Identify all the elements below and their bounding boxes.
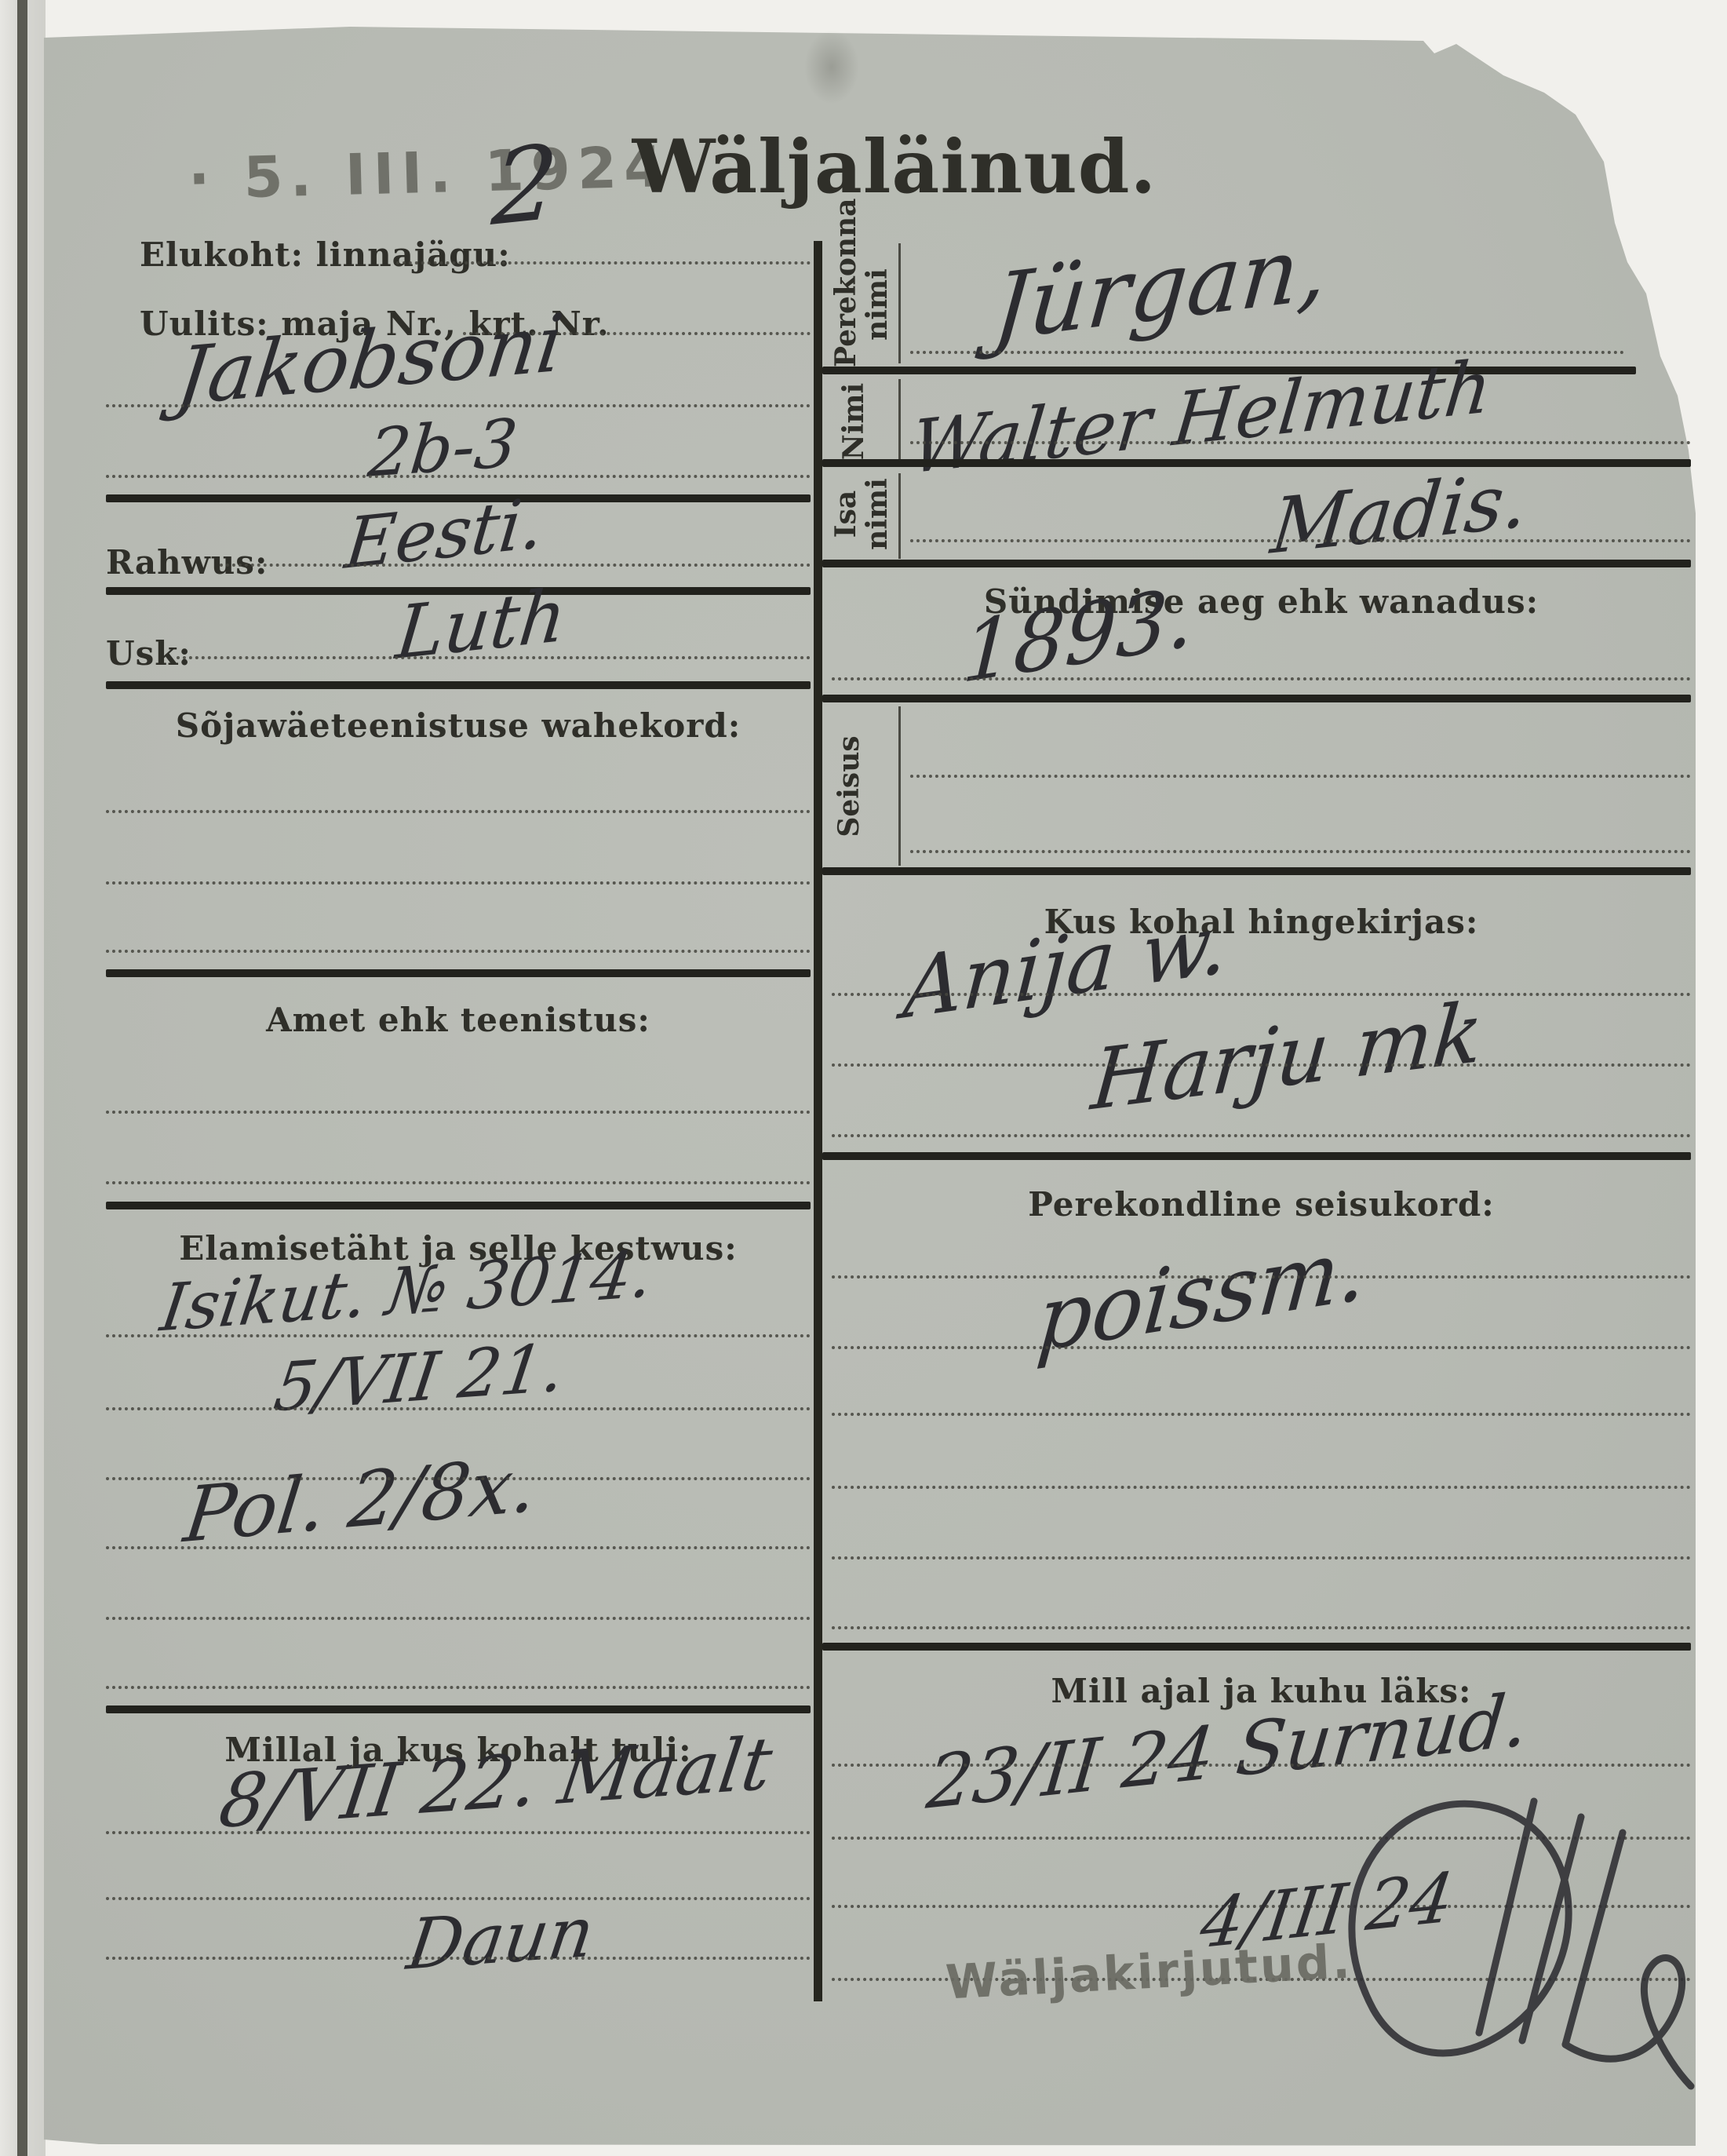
dotted-line — [106, 881, 811, 885]
occupation-label: Amet ehk teenistus: — [106, 1001, 811, 1039]
dotted-line — [177, 656, 811, 659]
column-divider — [814, 241, 822, 2001]
dotted-line — [106, 1111, 811, 1114]
residence-label: Elukoht: linnajägu: — [140, 235, 511, 274]
dotted-line — [106, 1897, 811, 1900]
label-rule — [898, 706, 901, 866]
dotted-line — [910, 539, 1691, 542]
status-label: Seisus — [833, 708, 880, 865]
section-divider — [822, 1152, 1691, 1160]
section-divider — [822, 867, 1691, 875]
label-rule — [898, 243, 901, 363]
dotted-line — [106, 1407, 811, 1410]
dotted-line — [106, 475, 811, 478]
ink-smudge — [804, 30, 859, 104]
dotted-line — [832, 677, 1691, 680]
scanner-edge-line — [17, 0, 27, 2156]
dotted-line — [910, 775, 1691, 778]
label-rule — [898, 379, 901, 459]
dotted-line — [106, 1686, 811, 1689]
dotted-line — [832, 1556, 1691, 1560]
street-number-handwriting: 2b-3 — [365, 404, 521, 492]
section-divider — [822, 1643, 1691, 1651]
dotted-line — [106, 1831, 811, 1834]
dotted-line — [910, 351, 1624, 354]
firstname-label: Nimi — [838, 378, 877, 465]
dotted-line — [106, 1617, 811, 1620]
dotted-line — [106, 1546, 811, 1549]
dotted-line — [106, 1957, 811, 1960]
section-divider — [106, 1705, 811, 1713]
dotted-line — [832, 1346, 1691, 1349]
birth-label: Sündimise aeg ehk wanadus: — [832, 582, 1691, 621]
father-name-label: Isa nimi — [830, 471, 893, 557]
dotted-line — [910, 441, 1691, 444]
family-status-label: Perekondline seisukord: — [832, 1185, 1691, 1224]
dotted-line — [220, 564, 811, 567]
dotted-line — [832, 1486, 1691, 1489]
dotted-line — [396, 261, 811, 264]
dotted-line — [106, 1477, 811, 1480]
dotted-line — [832, 1413, 1691, 1416]
signature-flourish — [1255, 1766, 1711, 2096]
dotted-line — [832, 993, 1691, 996]
section-divider — [822, 560, 1691, 567]
dotted-line — [832, 1134, 1691, 1137]
dotted-line — [832, 1626, 1691, 1629]
dotted-line — [106, 950, 811, 953]
page-title: Wäljaläinud. — [596, 124, 1193, 210]
entry-number-handwriting: 2 — [489, 122, 562, 250]
surname-label: Perekonna nimi — [830, 242, 893, 367]
dotted-line — [832, 1063, 1691, 1067]
dotted-line — [910, 850, 1691, 853]
section-divider — [822, 459, 1691, 467]
scanned-registration-card: · 5. III. 1924 2 Wäljaläinud. Elukoht: l… — [0, 0, 1727, 2156]
dotted-line — [106, 1181, 811, 1184]
dotted-line — [106, 404, 811, 407]
arrival-handwriting-2: Daun — [403, 1891, 599, 1986]
section-divider — [106, 969, 811, 977]
religion-label: Usk: — [106, 634, 191, 673]
dotted-line — [832, 1275, 1691, 1279]
section-divider — [106, 681, 811, 689]
section-divider — [822, 695, 1691, 702]
nationality-label: Rahwus: — [106, 543, 268, 582]
section-divider — [106, 1202, 811, 1209]
departure-label: Mill ajal ja kuhu läks: — [832, 1672, 1691, 1710]
military-service-label: Sõjawäeteenistuse wahekord: — [106, 706, 811, 745]
dotted-line — [106, 810, 811, 813]
label-rule — [898, 473, 901, 559]
